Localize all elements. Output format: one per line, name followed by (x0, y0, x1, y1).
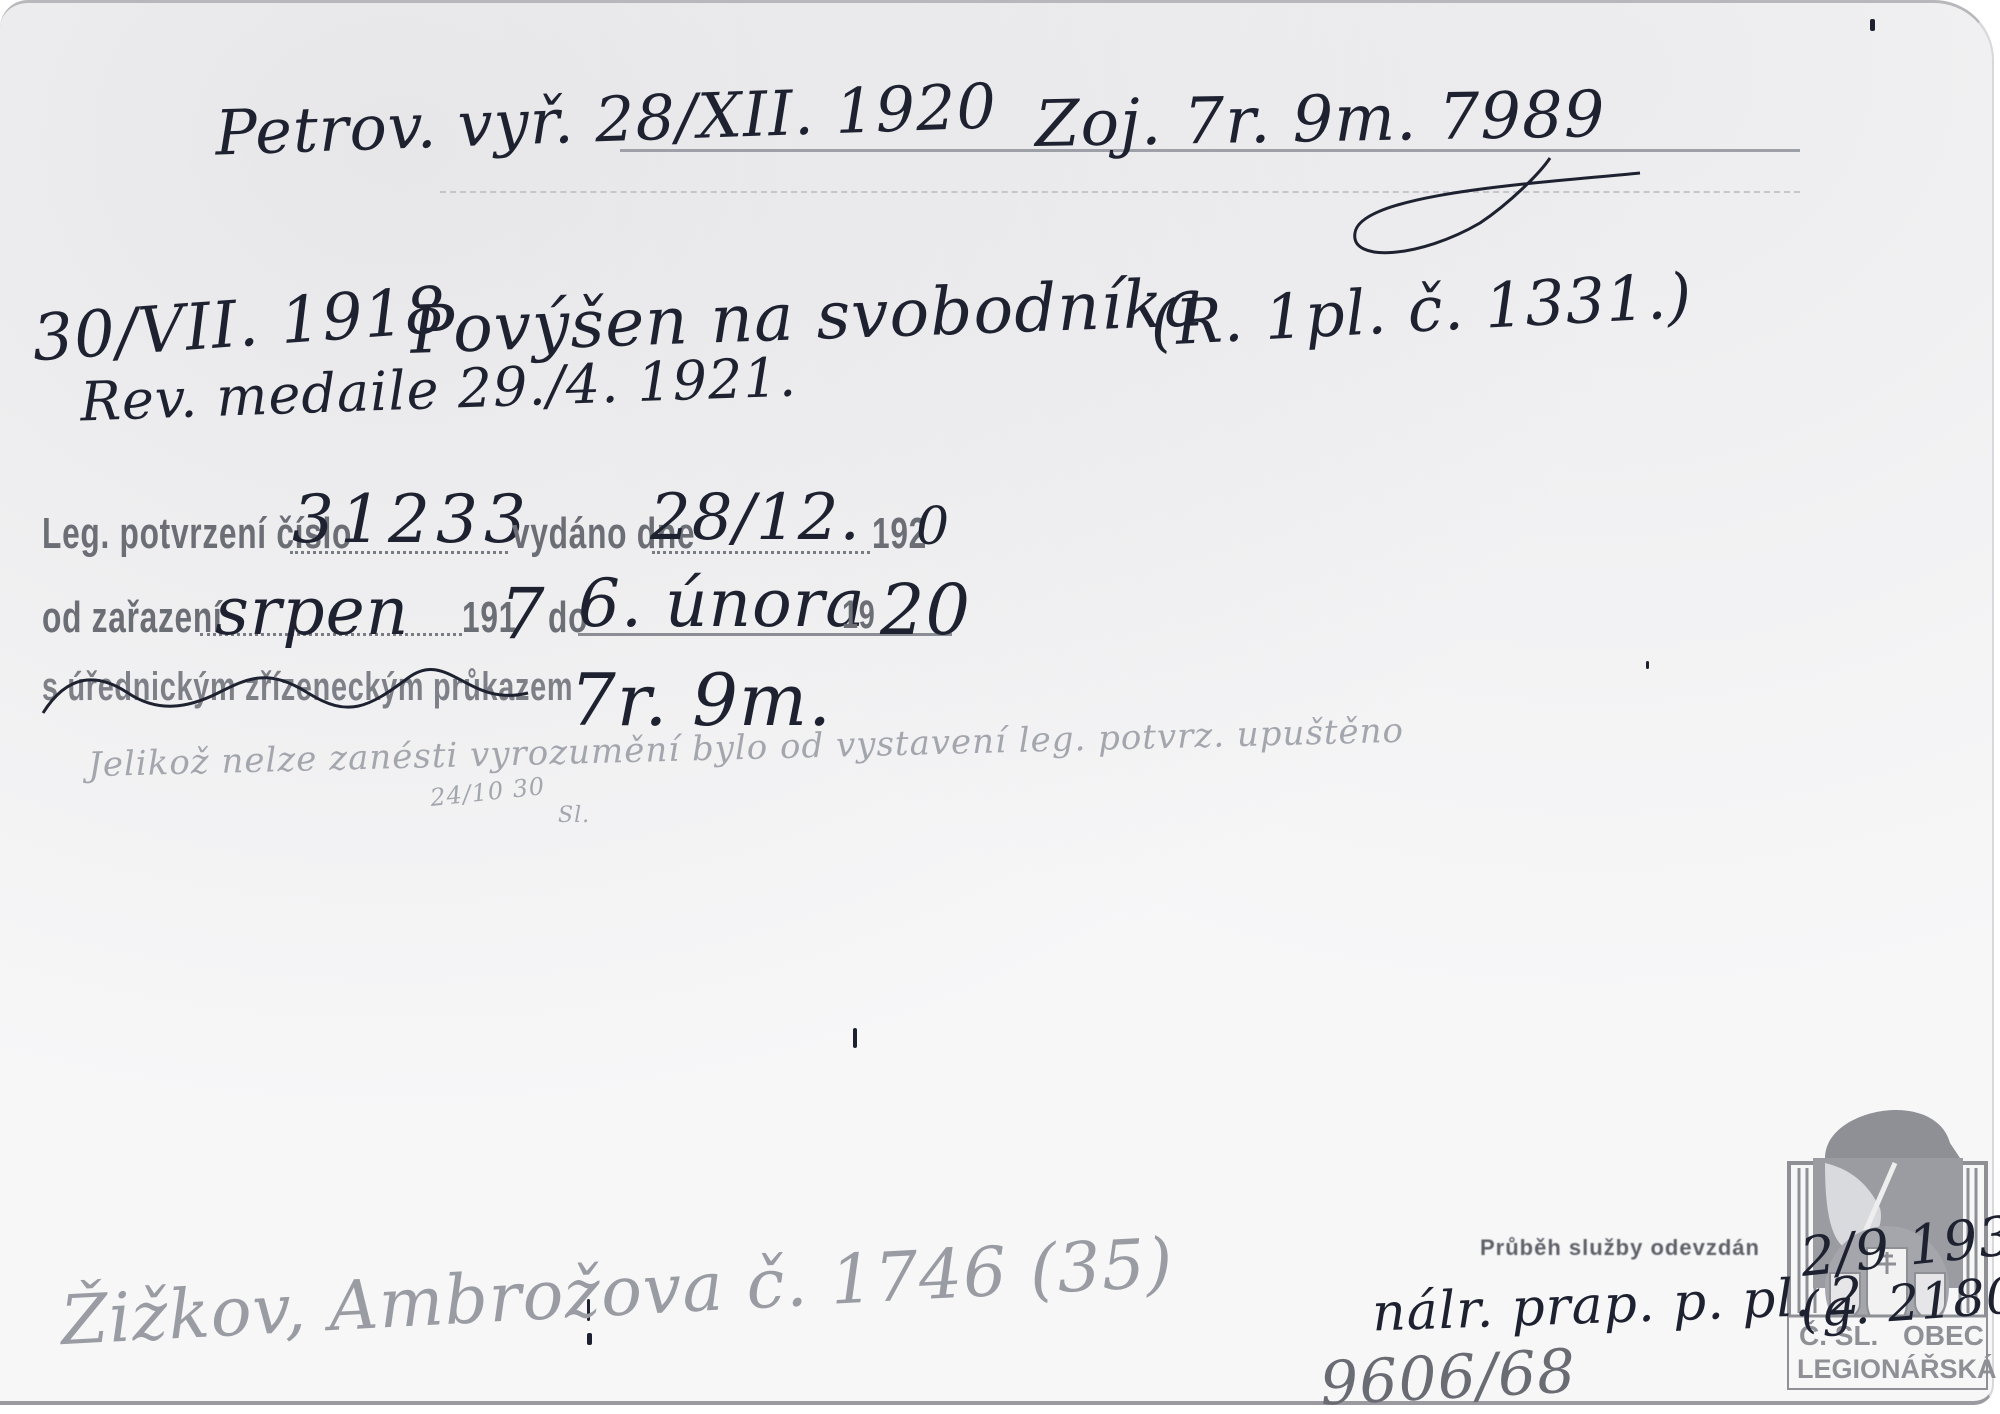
ink-speck (587, 1333, 592, 1345)
service-to-year-prefix: 19 (842, 593, 875, 638)
service-to-date: 6. února (578, 565, 866, 642)
service-from-year-suffix: 7 (500, 573, 546, 655)
logo-text-bottom: LEGIONÁŘSKÁ (1797, 1354, 1997, 1385)
address-note: Žižkov, Ambrožova č. 1746 (35) (59, 1224, 1176, 1361)
ink-speck (1870, 19, 1875, 31)
issued-year-suffix: 0 (916, 497, 950, 557)
confirmation-number: 31233 (292, 481, 532, 558)
archive-number: 9606/68 (1318, 1336, 1578, 1414)
record-card: Petrov. vyř. 28/XII. 1920 Zoj. 7r. 9m. 7… (0, 0, 1994, 1405)
service-from-month: srpen (215, 573, 409, 650)
award-text: Povýšen na svobodníka (409, 264, 1206, 369)
strikethrough-wave-icon (38, 663, 538, 723)
service-to-year-suffix: 20 (880, 569, 971, 651)
ink-speck (853, 1028, 857, 1048)
award-reference: (R. 1pl. č. 1331.) (1148, 259, 1694, 360)
header-flourish-icon (1340, 153, 1660, 263)
pencil-note-initials: Sl. (558, 803, 590, 828)
discharge-printed-label: Průběh služby odevzdán (1480, 1235, 1760, 1261)
ink-speck (1646, 661, 1649, 669)
header-entry-text: Petrov. vyř. 28/XII. 1920 (214, 69, 998, 169)
header-crossed-out-text: Zoj. 7r. 9m. 7989 (1034, 78, 1606, 162)
pencil-note-date: 24/10 30 (429, 772, 547, 812)
issued-date: 28/12. (650, 481, 861, 555)
service-from-label: od zařazení (42, 593, 222, 643)
